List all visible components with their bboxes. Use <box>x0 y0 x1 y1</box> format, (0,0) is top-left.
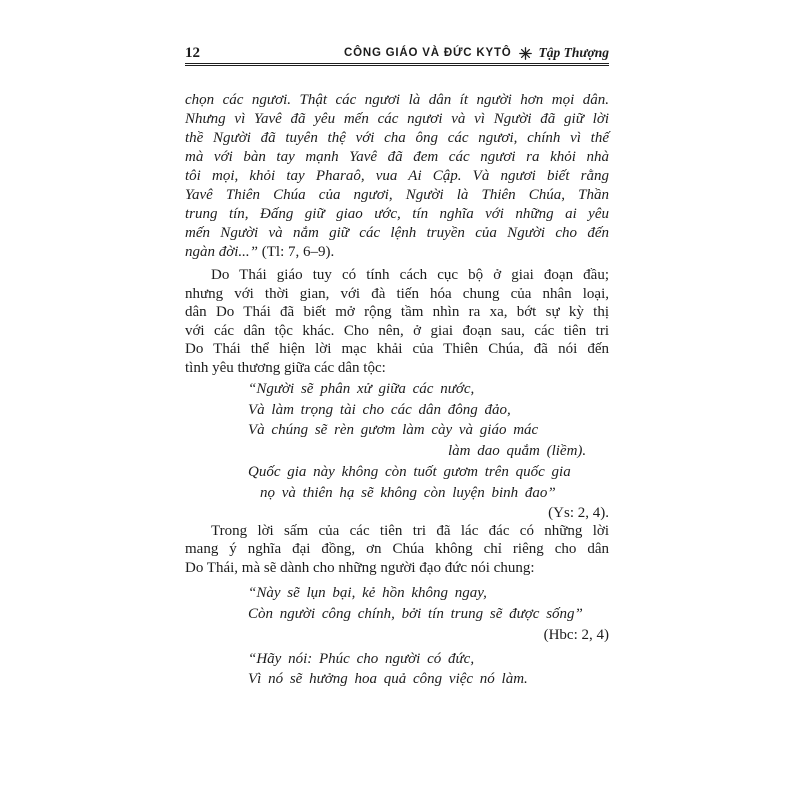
running-title: CÔNG GIÁO VÀ ĐỨC KYTÔ Tập Thượng <box>344 44 609 62</box>
poem-line: Vì nó sẽ hưởng hoa quả công việc nó làm. <box>248 669 609 690</box>
quote-line: Nhưng vì Yavê đã yêu mến các ngươi và vì… <box>185 110 609 129</box>
poem-line: Quốc gia này không còn tuốt gươm trên qu… <box>248 462 609 483</box>
quote-line: chọn các ngươi. Thật các ngươi là dân ít… <box>185 91 609 110</box>
body-line: mang ý nghĩa đại đồng, ơn Chúa không chỉ… <box>185 540 609 559</box>
page-number: 12 <box>185 44 200 62</box>
poem-line: Và chúng sẽ rèn gươm làm cày và giáo mác <box>248 420 609 441</box>
quote-line: Yavê Thiên Chúa của ngươi, Người là Thiê… <box>185 186 609 205</box>
body-line: Do Thái thể hiện lời mạc khải của Thiên … <box>185 340 609 359</box>
body-line: Trong lời sấm của các tiên tri đã lác đá… <box>185 522 609 541</box>
body-line: tình yêu thương giữa các dân tộc: <box>185 359 609 378</box>
asterisk-icon <box>519 47 532 60</box>
scripture-quote-deuteronomy: chọn các ngươi. Thật các ngươi là dân ít… <box>185 91 609 262</box>
page-header: 12 CÔNG GIÁO VÀ ĐỨC KYTÔ Tập Thượng <box>185 44 609 66</box>
quote-line: mà với bàn tay mạnh Yavê đã đem các ngươ… <box>185 148 609 167</box>
body-line: Do Thái, mà sẽ dành cho những người đạo … <box>185 559 609 578</box>
body-line: với các dân tộc khác. Cho nên, ở giai đo… <box>185 322 609 341</box>
poem-line: Còn người công chính, bởi tín trung sẽ đ… <box>248 604 609 625</box>
poem-line: “Này sẽ lụn bại, kẻ hồn không ngay, <box>248 583 609 604</box>
poem-quote-blessing: “Hãy nói: Phúc cho người có đức, Vì nó s… <box>248 649 609 690</box>
poem-line: “Hãy nói: Phúc cho người có đức, <box>248 649 609 670</box>
poem-quote-isaiah: “Người sẽ phân xử giữa các nước, Và làm … <box>248 379 609 524</box>
text-block: 12 CÔNG GIÁO VÀ ĐỨC KYTÔ Tập Thượng <box>185 44 609 690</box>
body-line: dân Do Thái đã biết mở rộng tầm nhìn ra … <box>185 303 609 322</box>
book-title: CÔNG GIÁO VÀ ĐỨC KYTÔ <box>344 44 512 62</box>
scripture-citation: (Hbc: 2, 4) <box>248 625 609 646</box>
quote-line: tôi mọi, khỏi tay Pharaô, vua Ai Cập. Và… <box>185 167 609 186</box>
quote-line: trung tín, Đấng giữ giao ước, tín nghĩa … <box>185 205 609 224</box>
poem-line: “Người sẽ phân xử giữa các nước, <box>248 379 609 400</box>
scripture-citation: (Tl: 7, 6–9). <box>262 244 335 260</box>
poem-line: nọ và thiên hạ sẽ không còn luyện binh đ… <box>260 483 609 504</box>
quote-line: mến Người và nắm giữ các lệnh truyền của… <box>185 224 609 243</box>
body-line: nhưng với thời gian, với đà tiến hóa chu… <box>185 285 609 304</box>
quote-line: thề Người đã tuyên thệ với cha ông các n… <box>185 129 609 148</box>
volume-title: Tập Thượng <box>539 44 609 62</box>
poem-line: Và làm trọng tài cho các dân đông đảo, <box>248 400 609 421</box>
poem-quote-habakkuk: “Này sẽ lụn bại, kẻ hồn không ngay, Còn … <box>248 583 609 645</box>
body-line: Do Thái giáo tuy có tính cách cục bộ ở g… <box>185 266 609 285</box>
quote-line-with-citation: ngàn đời...” (Tl: 7, 6–9). <box>185 243 609 262</box>
paragraph-trong-loi-sam: Trong lời sấm của các tiên tri đã lác đá… <box>185 522 609 578</box>
paragraph-do-thai-giao: Do Thái giáo tuy có tính cách cục bộ ở g… <box>185 266 609 377</box>
scripture-citation: (Ys: 2, 4). <box>248 503 609 524</box>
poem-line: làm dao quắm (liềm). <box>448 441 609 462</box>
book-page: 12 CÔNG GIÁO VÀ ĐỨC KYTÔ Tập Thượng <box>0 0 800 800</box>
quote-end: ngàn đời...” <box>185 244 258 260</box>
